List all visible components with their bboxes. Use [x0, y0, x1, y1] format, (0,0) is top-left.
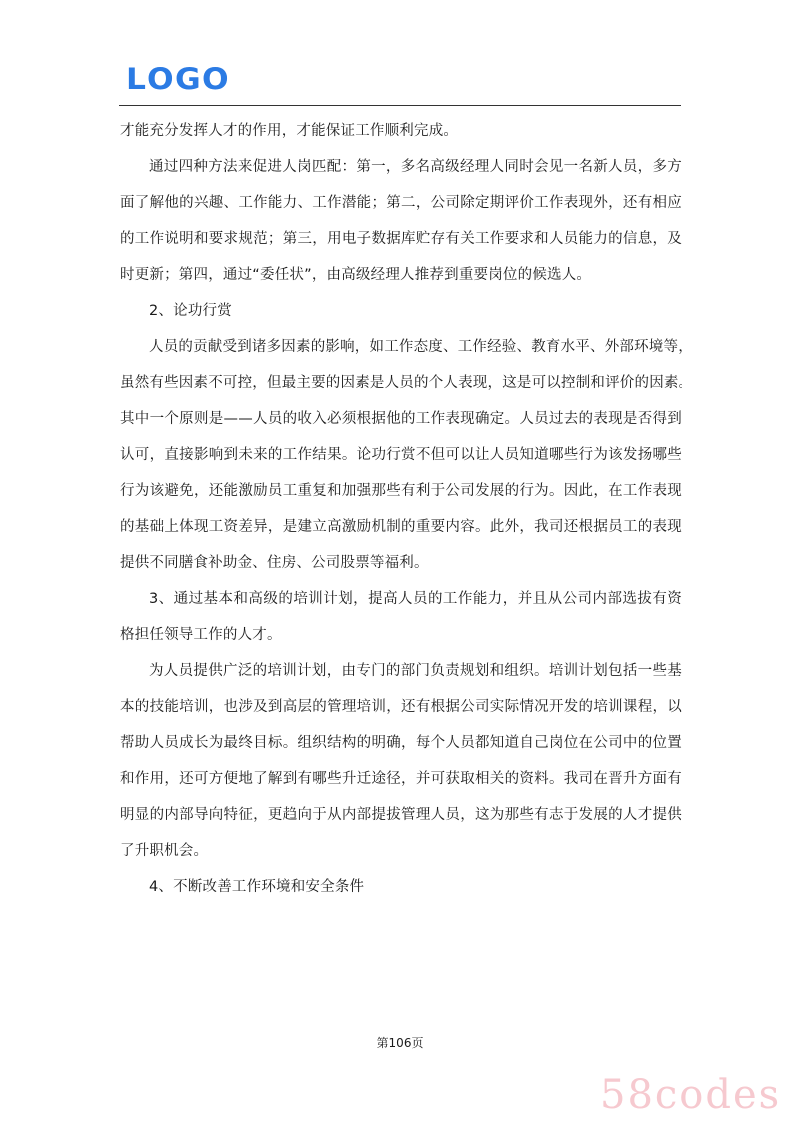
page-number: 第106页: [0, 1034, 800, 1051]
body-line: 认可，直接影响到未来的工作结果。论功行赏不但可以让人员知道哪些行为该发扬哪些: [120, 437, 682, 473]
body-line: 通过四种方法来促进人岗匹配：第一，多名高级经理人同时会见一名新人员，多方: [120, 149, 682, 185]
body-line: 虽然有些因素不可控，但最主要的因素是人员的个人表现，这是可以控制和评价的因素。: [120, 365, 682, 401]
logo-letter: O: [147, 64, 174, 94]
body-line: 才能充分发挥人才的作用，才能保证工作顺利完成。: [120, 113, 682, 149]
body-line: 的基础上体现工资差异，是建立高激励机制的重要内容。此外，我司还根据员工的表现: [120, 509, 682, 545]
logo-letter: O: [202, 64, 229, 94]
body-line: 明显的内部导向特征，更趋向于从内部提拔管理人员，这为那些有志于发展的人才提供: [120, 797, 682, 833]
header-divider: [119, 105, 681, 106]
logo-letter: G: [175, 64, 201, 94]
logo-letter: L: [126, 64, 146, 94]
body-line: 的工作说明和要求规范；第三，用电子数据库贮存有关工作要求和人员能力的信息，及: [120, 221, 682, 257]
body-line: 人员的贡献受到诸多因素的影响，如工作态度、工作经验、教育水平、外部环境等，: [120, 329, 682, 365]
document-body: 才能充分发挥人才的作用，才能保证工作顺利完成。 通过四种方法来促进人岗匹配：第一…: [120, 113, 682, 905]
body-line: 为人员提供广泛的培训计划，由专门的部门负责规划和组织。培训计划包括一些基: [120, 653, 682, 689]
body-line: 提供不同膳食补助金、住房、公司股票等福利。: [120, 545, 682, 581]
body-line: 其中一个原则是——人员的收入必须根据他的工作表现确定。人员过去的表现是否得到: [120, 401, 682, 437]
body-line: 行为该避免，还能激励员工重复和加强那些有利于公司发展的行为。因此，在工作表现: [120, 473, 682, 509]
body-line: 面了解他的兴趣、工作能力、工作潜能；第二，公司除定期评价工作表现外，还有相应: [120, 185, 682, 221]
section-heading: 2、论功行赏: [120, 293, 682, 329]
body-line: 本的技能培训，也涉及到高层的管理培训，还有根据公司实际情况开发的培训课程，以: [120, 689, 682, 725]
section-heading: 格担任领导工作的人才。: [120, 617, 682, 653]
body-line: 和作用，还可方便地了解到有哪些升迁途径，并可获取相关的资料。我司在晋升方面有: [120, 761, 682, 797]
body-line: 时更新；第四，通过“委任状”，由高级经理人推荐到重要岗位的候选人。: [120, 257, 682, 293]
body-line: 了升职机会。: [120, 833, 682, 869]
body-line: 帮助人员成长为最终目标。组织结构的明确，每个人员都知道自己岗位在公司中的位置: [120, 725, 682, 761]
logo: L O G O: [126, 64, 227, 94]
section-heading: 3、通过基本和高级的培训计划，提高人员的工作能力，并且从公司内部选拔有资: [120, 581, 682, 617]
watermark: 58codes: [600, 1072, 781, 1118]
section-heading: 4、不断改善工作环境和安全条件: [120, 869, 682, 905]
